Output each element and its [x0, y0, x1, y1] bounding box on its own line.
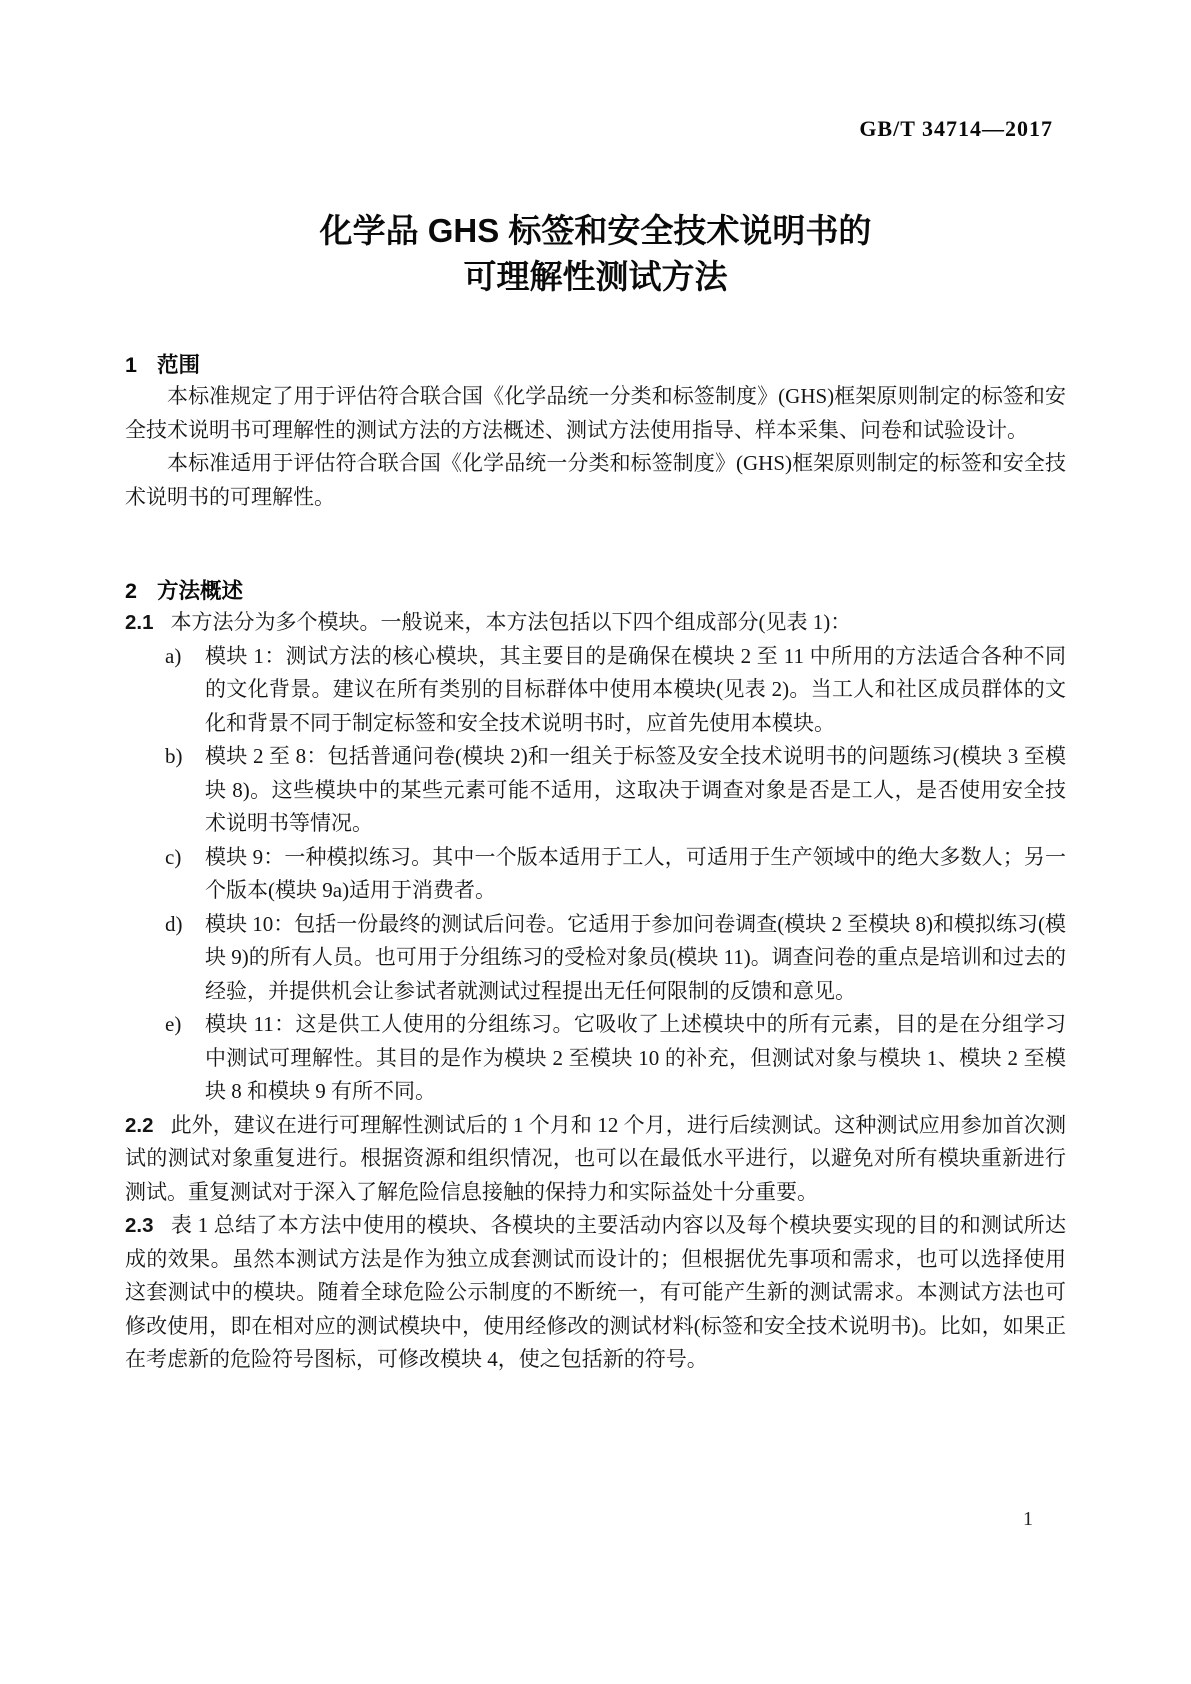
list-item-c: c) 模块 9：一种模拟练习。其中一个版本适用于工人，可适用于生产领域中的绝大多…	[125, 841, 1066, 908]
doc-title-line2: 可理解性测试方法	[0, 254, 1191, 300]
section-2-heading: 2方法概述	[125, 576, 1066, 606]
list-item-b-label: b)	[165, 740, 183, 774]
section-1-heading: 1范围	[125, 350, 1066, 380]
list-item-d-label: d)	[165, 908, 183, 942]
list-item-e: e) 模块 11：这是供工人使用的分组练习。它吸收了上述模块中的所有元素，目的是…	[125, 1008, 1066, 1109]
list-item-c-label: c)	[165, 841, 181, 875]
list-item-e-label: e)	[165, 1008, 181, 1042]
clause-2-1: 2.1本方法分为多个模块。一般说来，本方法包括以下四个组成部分(见表 1)：	[125, 606, 1066, 640]
list-item-a-label: a)	[165, 640, 181, 674]
clause-2-2-text: 此外，建议在进行可理解性测试后的 1 个月和 12 个月，进行后续测试。这种测试…	[125, 1113, 1066, 1204]
clause-2-1-text: 本方法分为多个模块。一般说来，本方法包括以下四个组成部分(见表 1)：	[171, 610, 852, 634]
clause-2-3-text: 表 1 总结了本方法中使用的模块、各模块的主要活动内容以及每个模块要实现的目的和…	[125, 1213, 1066, 1371]
clause-2-3-number: 2.3	[125, 1214, 154, 1237]
document-page: GB/T 34714—2017 化学品 GHS 标签和安全技术说明书的 可理解性…	[0, 0, 1191, 1684]
document-body: 1范围 本标准规定了用于评估符合联合国《化学品统一分类和标签制度》(GHS)框架…	[125, 350, 1066, 1377]
list-item-d-text: 模块 10：包括一份最终的测试后问卷。它适用于参加问卷调查(模块 2 至模块 8…	[205, 912, 1066, 1003]
list-item-b-text: 模块 2 至 8：包括普通问卷(模块 2)和一组关于标签及安全技术说明书的问题练…	[205, 744, 1066, 835]
section-1-title: 范围	[157, 353, 200, 377]
list-item-a: a) 模块 1：测试方法的核心模块，其主要目的是确保在模块 2 至 11 中所用…	[125, 640, 1066, 741]
list-item-d: d) 模块 10：包括一份最终的测试后问卷。它适用于参加问卷调查(模块 2 至模…	[125, 908, 1066, 1009]
list-item-c-text: 模块 9：一种模拟练习。其中一个版本适用于工人，可适用于生产领域中的绝大多数人；…	[205, 845, 1066, 903]
clause-2-3: 2.3表 1 总结了本方法中使用的模块、各模块的主要活动内容以及每个模块要实现的…	[125, 1209, 1066, 1377]
list-item-a-text: 模块 1：测试方法的核心模块，其主要目的是确保在模块 2 至 11 中所用的方法…	[205, 644, 1066, 735]
list-item-b: b) 模块 2 至 8：包括普通问卷(模块 2)和一组关于标签及安全技术说明书的…	[125, 740, 1066, 841]
clause-2-2: 2.2此外，建议在进行可理解性测试后的 1 个月和 12 个月，进行后续测试。这…	[125, 1109, 1066, 1210]
section-2-number: 2	[125, 579, 137, 603]
list-item-e-text: 模块 11：这是供工人使用的分组练习。它吸收了上述模块中的所有元素，目的是在分组…	[205, 1012, 1066, 1103]
doc-title-line1: 化学品 GHS 标签和安全技术说明书的	[0, 208, 1191, 254]
doc-standard-number: GB/T 34714—2017	[859, 116, 1053, 142]
section-2-title: 方法概述	[157, 579, 243, 603]
page-number: 1	[1023, 1508, 1033, 1531]
scope-paragraph-1: 本标准规定了用于评估符合联合国《化学品统一分类和标签制度》(GHS)框架原则制定…	[125, 380, 1066, 447]
clause-2-2-number: 2.2	[125, 1114, 154, 1137]
clause-2-1-number: 2.1	[125, 611, 154, 634]
doc-title: 化学品 GHS 标签和安全技术说明书的 可理解性测试方法	[0, 208, 1191, 300]
scope-paragraph-2: 本标准适用于评估符合联合国《化学品统一分类和标签制度》(GHS)框架原则制定的标…	[125, 447, 1066, 514]
section-1-number: 1	[125, 353, 137, 377]
